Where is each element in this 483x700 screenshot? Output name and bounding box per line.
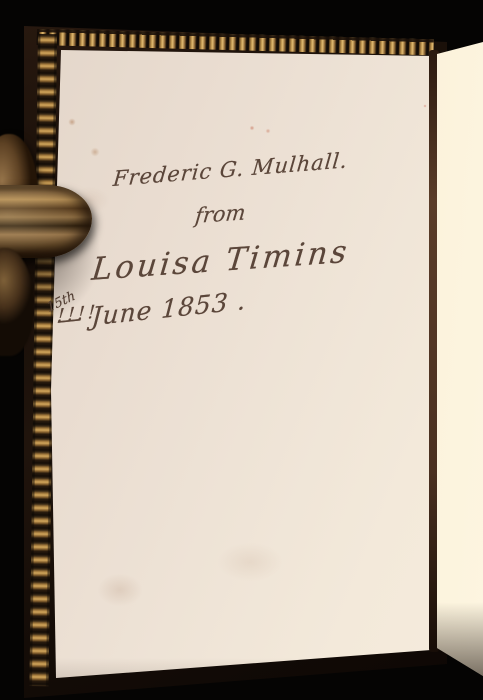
book-photograph: Frederic G. Mulhall. from Louisa Timins … xyxy=(0,0,483,700)
flyleaf-page xyxy=(0,0,483,700)
inscription-date: — June 1853 . !!!! xyxy=(56,301,99,335)
inscription-from: from xyxy=(194,200,247,228)
